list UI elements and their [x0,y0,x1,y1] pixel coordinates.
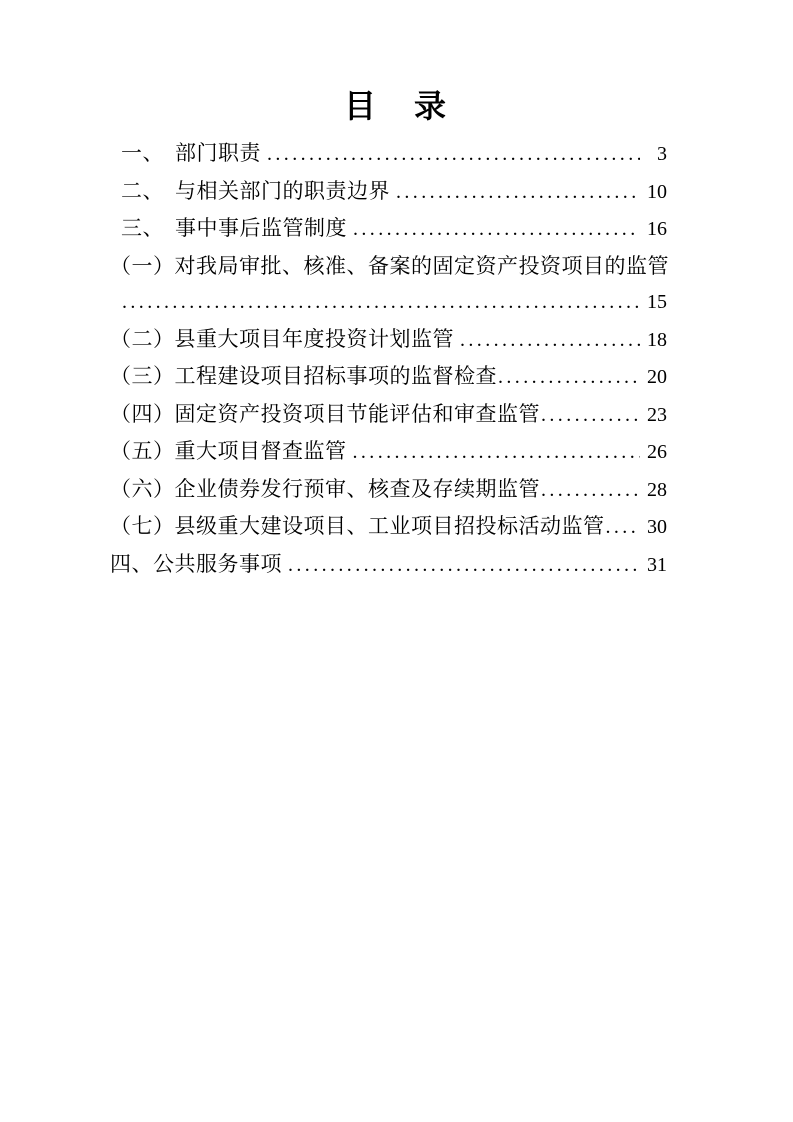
entry-page-number: 18 [644,322,667,359]
dot-leader-dots: ........................................… [390,174,640,211]
entry-number: 三、 [121,210,164,247]
entry-number: 四、 [110,546,153,583]
entry-title: 县重大项目年度投资计划监管 [175,321,455,358]
toc-entry-row: 一、 部门职责 ................................… [121,135,667,173]
toc-entry-row: 三、 事中事后监管制度 ............................… [121,210,667,248]
entry-title: 固定资产投资项目节能评估和审查监管 [175,396,541,433]
toc-entry-row: （一） 对我局审批、核准、备案的固定资产投资项目的监管 [110,248,667,285]
dot-leader-dots: ........................................… [261,136,640,173]
toc-title: 目 录 [0,86,793,126]
dot-leader-dots: ........................................… [110,284,640,321]
toc-entry-row: ........................................… [110,284,667,321]
entry-title: 县级重大建设项目、工业项目招投标活动监管 [175,508,605,545]
entry-title: 事中事后监管制度 [175,210,347,247]
entry-number: （七） [110,508,175,545]
entry-number: （一） [110,248,175,285]
dot-leader-dots: ........................................… [454,322,640,359]
toc-entry-row: （四） 固定资产投资项目节能评估和审查监管 ..................… [110,396,667,434]
dot-leader-dots: ........................................… [540,472,640,509]
entry-title: 与相关部门的职责边界 [175,173,390,210]
entry-title: 重大项目督查监管 [175,433,347,470]
entry-title: 工程建设项目招标事项的监督检查 [175,358,498,395]
dot-leader-dots: ........................................… [347,434,641,471]
entry-number: 一、 [121,135,164,172]
entry-page-number: 28 [644,472,667,509]
entry-title: 企业债券发行预审、核查及存续期监管 [175,471,541,508]
dot-leader-dots: ........................................… [497,359,640,396]
entry-number: （三） [110,358,175,395]
entry-page-number: 10 [644,174,667,211]
entry-page-number: 31 [644,547,667,584]
dot-leader-dots: ........................................… [347,211,640,248]
entry-number: （五） [110,433,175,470]
toc-entry-row: （三） 工程建设项目招标事项的监督检查 ....................… [110,358,667,396]
toc-entry-row: 二、 与相关部门的职责边界 ..........................… [121,173,667,211]
toc-entry-row: （七） 县级重大建设项目、工业项目招投标活动监管 ...............… [110,508,667,546]
entry-number: （四） [110,396,175,433]
dot-leader-dots: ........................................… [540,397,640,434]
dot-leader-dots: ........................................… [605,509,641,546]
toc-list: 一、 部门职责 ................................… [0,135,793,583]
entry-number: 二、 [121,173,164,210]
entry-title: 对我局审批、核准、备案的固定资产投资项目的监管 [175,248,670,285]
dot-leader-dots: ........................................… [282,547,640,584]
entry-page-number: 15 [644,284,667,321]
entry-title: 部门职责 [175,135,261,172]
entry-page-number: 30 [644,509,667,546]
toc-entry-row: （六） 企业债券发行预审、核查及存续期监管 ..................… [110,471,667,509]
toc-entry-row: （五） 重大项目督查监管 ...........................… [110,433,667,471]
entry-number: （六） [110,471,175,508]
entry-page-number: 16 [644,211,667,248]
entry-page-number: 26 [644,434,667,471]
entry-page-number: 23 [644,397,667,434]
entry-page-number: 20 [644,359,667,396]
entry-number: （二） [110,321,175,358]
toc-entry-row: （二） 县重大项目年度投资计划监管 ......................… [110,321,667,359]
entry-title: 公共服务事项 [153,546,282,583]
entry-page-number: 3 [644,136,667,173]
toc-entry-row: 四、 公共服务事项 ..............................… [110,546,667,584]
document-page: 目 录 一、 部门职责 ............................… [0,0,793,1122]
